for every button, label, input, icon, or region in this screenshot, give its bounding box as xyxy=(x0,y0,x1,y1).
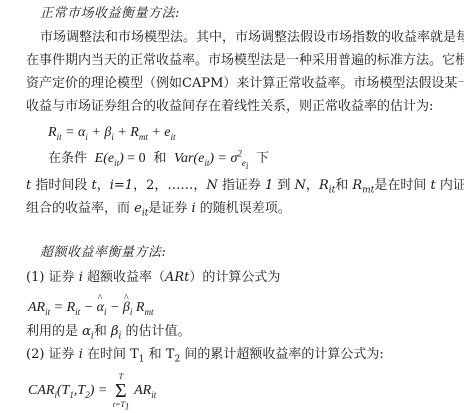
paragraph-definitions-2: 组合的收益率，而 eit是证券 i 的随机误差项。 xyxy=(26,201,291,217)
estimate-note: 利用的是 αi和 βi 的估计值。 xyxy=(26,324,191,340)
paragraph-line: 资产定价的理论模型（例如CAPM）来计算正常收益率。市场模型法假设某一证券的 xyxy=(26,76,464,92)
heading-abnormal-return: 超额收益率衡量方法: xyxy=(40,245,166,261)
paragraph-line: 在事件期内当天的正常收益率。市场模型法是一种采用普遍的标准方法。它根据证券 xyxy=(26,53,464,69)
formula-condition: 在条件 E(eit) = 0 和 Var(eit) = σ2ei 下 xyxy=(48,151,269,167)
item-1: (1) 证券 i 超额收益率（ARt）的计算公式为 xyxy=(26,270,280,286)
condition-and: 和 xyxy=(153,151,166,166)
paragraph-definitions: t 指时间段 t，i=1，2，……，N 指证券 1 到 N，Rit和 Rmt是在… xyxy=(26,178,464,194)
paragraph-line: 收益与市场证券组合的收益间存在着线性关系，则正常收益率的估计为: xyxy=(26,99,433,115)
formula-abnormal-return: ARit = Rit − αi − βi Rmt xyxy=(28,300,153,316)
item-2: (2) 证券 i 在时间 T1 和 T2 间的累计超额收益率的计算公式为: xyxy=(26,347,384,363)
heading-normal-return: 正常市场收益衡量方法: xyxy=(40,6,180,22)
condition-prefix: 在条件 xyxy=(48,151,87,166)
condition-suffix: 下 xyxy=(256,151,269,166)
formula-car: CARi(T1,T2) = T Σ t=T1 ARit xyxy=(28,373,156,409)
paragraph-line: 市场调整法和市场模型法。其中，市场调整法假设市场指数的收益率就是每只股票 xyxy=(40,30,464,46)
formula-market-model: Rit = αi + βi + Rmt + eit xyxy=(48,125,176,141)
summation-icon: T Σ t=T1 xyxy=(113,373,129,409)
